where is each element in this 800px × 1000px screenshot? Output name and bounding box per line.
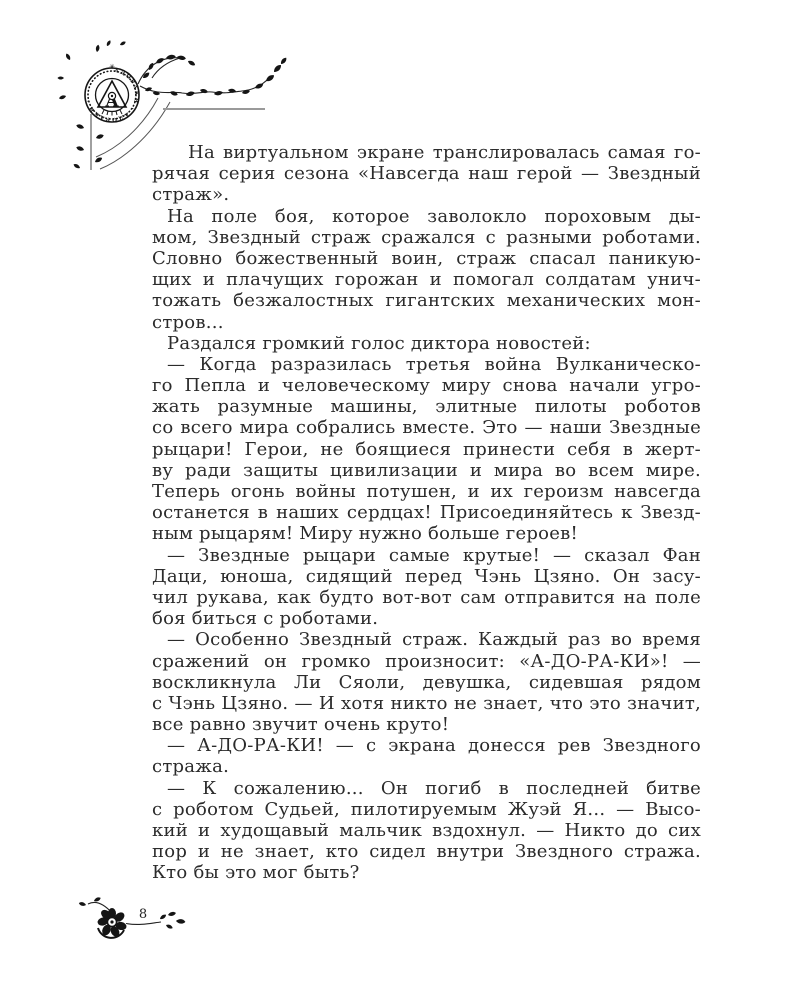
text-line: останется в наших сердцах! Присоединяйте… [152, 502, 701, 523]
garland-leaves [142, 54, 288, 97]
text-line: пор и не знает, кто сидел внутри Звездно… [152, 841, 701, 862]
text-line: На виртуальном экране транслировалась са… [152, 142, 701, 163]
text-line: страж». [152, 184, 701, 205]
text-line: — Когда разразилась третья война Вулкани… [152, 354, 701, 375]
text-line: стров... [152, 312, 701, 333]
text-line: воскликнула Ли Сяоли, девушка, сидевшая … [152, 672, 701, 693]
text-line: тожать безжалостных гигантских механичес… [152, 290, 701, 311]
text-line: с роботом Судьей, пилотируемым Жуэй Я...… [152, 799, 701, 820]
text-line: Кто бы это мог быть? [152, 862, 701, 883]
text-line: рячая серия сезона «Навсегда наш герой —… [152, 163, 701, 184]
text-line: все равно звучит очень круто! [152, 714, 701, 735]
paragraph: — Когда разразилась третья война Вулкани… [152, 354, 701, 545]
header-rule [163, 108, 265, 110]
paragraph: — Особенно Звездный страж. Каждый раз во… [152, 629, 701, 735]
text-line: мом, Звездный страж сражался с разными р… [152, 227, 701, 248]
text-line: — Звездные рыцари самые крутые! — сказал… [152, 545, 701, 566]
text-line: — К сожалению... Он погиб в последней би… [152, 778, 701, 799]
text-line: Теперь огонь войны потушен, и их героизм… [152, 481, 701, 502]
paragraph: — К сожалению... Он погиб в последней би… [152, 778, 701, 884]
page-number: 8 [133, 907, 153, 922]
text-line: — А-ДО-РА-КИ! — с экрана донесся рев Зве… [152, 735, 701, 756]
text-line: ным рыцарям! Миру нужно больше героев! [152, 523, 701, 544]
book-page: АДОРАКИ · АДОРАКИ · А ✳ [0, 0, 800, 1000]
text-line: жать разумные машины, элитные пилоты роб… [152, 396, 701, 417]
text-line: щих и плачущих горожан и помогал солдата… [152, 269, 701, 290]
footer-stem [126, 922, 161, 924]
text-line: Даци, юноша, сидящий перед Чэнь Цзяно. О… [152, 566, 701, 587]
emblem-star-icon: ✳ [109, 63, 115, 71]
text-line: Словно божественный воин, страж спасал п… [152, 248, 701, 269]
footer-right-leaves [159, 911, 186, 930]
text-line: чил рукава, как будто вот-вот сам отправ… [152, 587, 701, 608]
flower-rosette-icon [97, 908, 127, 938]
text-line: боя биться с роботами. [152, 608, 701, 629]
text-line: стража. [152, 756, 701, 777]
paragraph: — А-ДО-РА-КИ! — с экрана донесся рев Зве… [152, 735, 701, 777]
text-line: го Пепла и человеческому миру снова нача… [152, 375, 701, 396]
text-line: ву ради защиты цивилизации и мира во все… [152, 460, 701, 481]
text-block: На виртуальном экране транслировалась са… [152, 142, 701, 884]
text-line: На поле боя, которое заволокло пороховым… [152, 206, 701, 227]
paragraph: На виртуальном экране транслировалась са… [152, 142, 701, 206]
paragraph: На поле боя, которое заволокло пороховым… [152, 206, 701, 333]
text-line: со всего мира собрались вместе. Это — на… [152, 417, 701, 438]
text-line: — Особенно Звездный страж. Каждый раз во… [152, 629, 701, 650]
text-line: рыцари! Герои, не боящиеся принести себя… [152, 439, 701, 460]
paragraph: Раздался громкий голос диктора новостей: [152, 333, 701, 354]
text-line: кий и худощавый мальчик вздохнул. — Никт… [152, 820, 701, 841]
text-line: с Чэнь Цзяно. — И хотя никто не знает, ч… [152, 693, 701, 714]
text-line: Раздался громкий голос диктора новостей: [152, 333, 701, 354]
text-line: сражений он громко произносит: «А-ДО-РА-… [152, 651, 701, 672]
stem-leaves [73, 123, 105, 169]
paragraph: — Звездные рыцари самые крутые! — сказал… [152, 545, 701, 630]
